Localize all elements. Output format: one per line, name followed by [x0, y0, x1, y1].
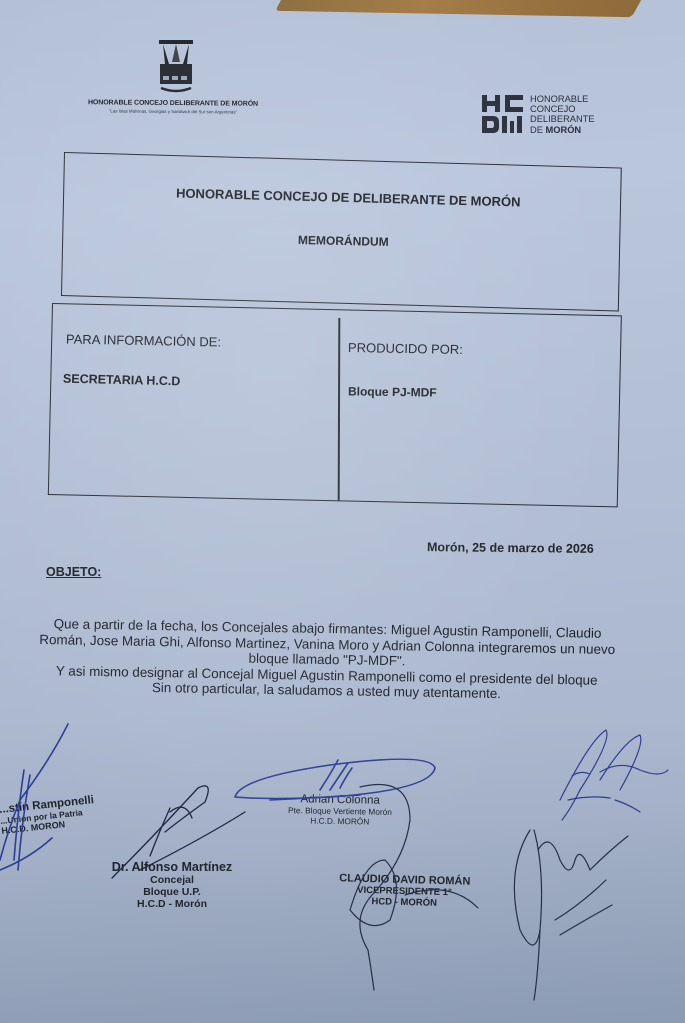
crest-institution-name: HONORABLE CONCEJO DELIBERANTE DE MORÓN — [82, 99, 264, 108]
logo-line-3: DELIBERANTE — [530, 114, 595, 124]
signer-role: Concejal — [102, 874, 242, 886]
logo-bold-city: MORÓN — [546, 125, 582, 135]
title-box — [61, 152, 622, 312]
signature-stamp-colonna: Adrian Colonna Pte. Bloque Vertiente Mor… — [270, 793, 411, 827]
municipal-crest-icon — [155, 38, 197, 94]
signer-name: Dr. Alfonso Martínez — [102, 860, 242, 874]
object-heading: OBJETO: — [46, 565, 101, 579]
background-object — [275, 0, 645, 17]
signer-bloc: Bloque U.P. — [102, 886, 242, 898]
logo-prefix: DE — [530, 125, 543, 135]
producer-value: Bloque PJ-MDF — [348, 384, 437, 399]
signature-moro-icon — [514, 830, 628, 1000]
document-type-title: MEMORÁNDUM — [298, 233, 389, 249]
recipient-value: SECRETARIA H.C.D — [63, 372, 181, 389]
logo-line-1: HONORABLE — [530, 94, 595, 104]
memo-body: Que a partir de la fecha, los Concejales… — [31, 616, 622, 704]
producer-label: PRODUCIDO POR: — [348, 340, 463, 357]
logo-line-4: DE MORÓN — [530, 125, 595, 135]
signature-ghi-icon — [560, 730, 668, 820]
hcdm-logo-icon — [481, 93, 525, 135]
crest-motto: "Las Islas Malvinas, Georgias y Sandwich… — [82, 108, 264, 115]
recipient-label: PARA INFORMACIÓN DE: — [66, 332, 221, 350]
logo-line-2: CONCEJO — [530, 104, 595, 114]
signer-org: H.C.D - Morón — [102, 898, 242, 910]
document-date: Morón, 25 de marzo de 2026 — [427, 540, 594, 556]
hcdm-logo-text: HONORABLE CONCEJO DELIBERANTE DE MORÓN — [530, 94, 595, 135]
signature-stamp-roman: CLAUDIO DAVID ROMÁN VICEPRESIDENTE 1° HC… — [332, 872, 478, 910]
signature-stamp-martinez: Dr. Alfonso Martínez Concejal Bloque U.P… — [102, 860, 242, 910]
signature-stamp-ramponelli: ...stín Ramponelli ...Unión por la Patri… — [0, 794, 97, 836]
